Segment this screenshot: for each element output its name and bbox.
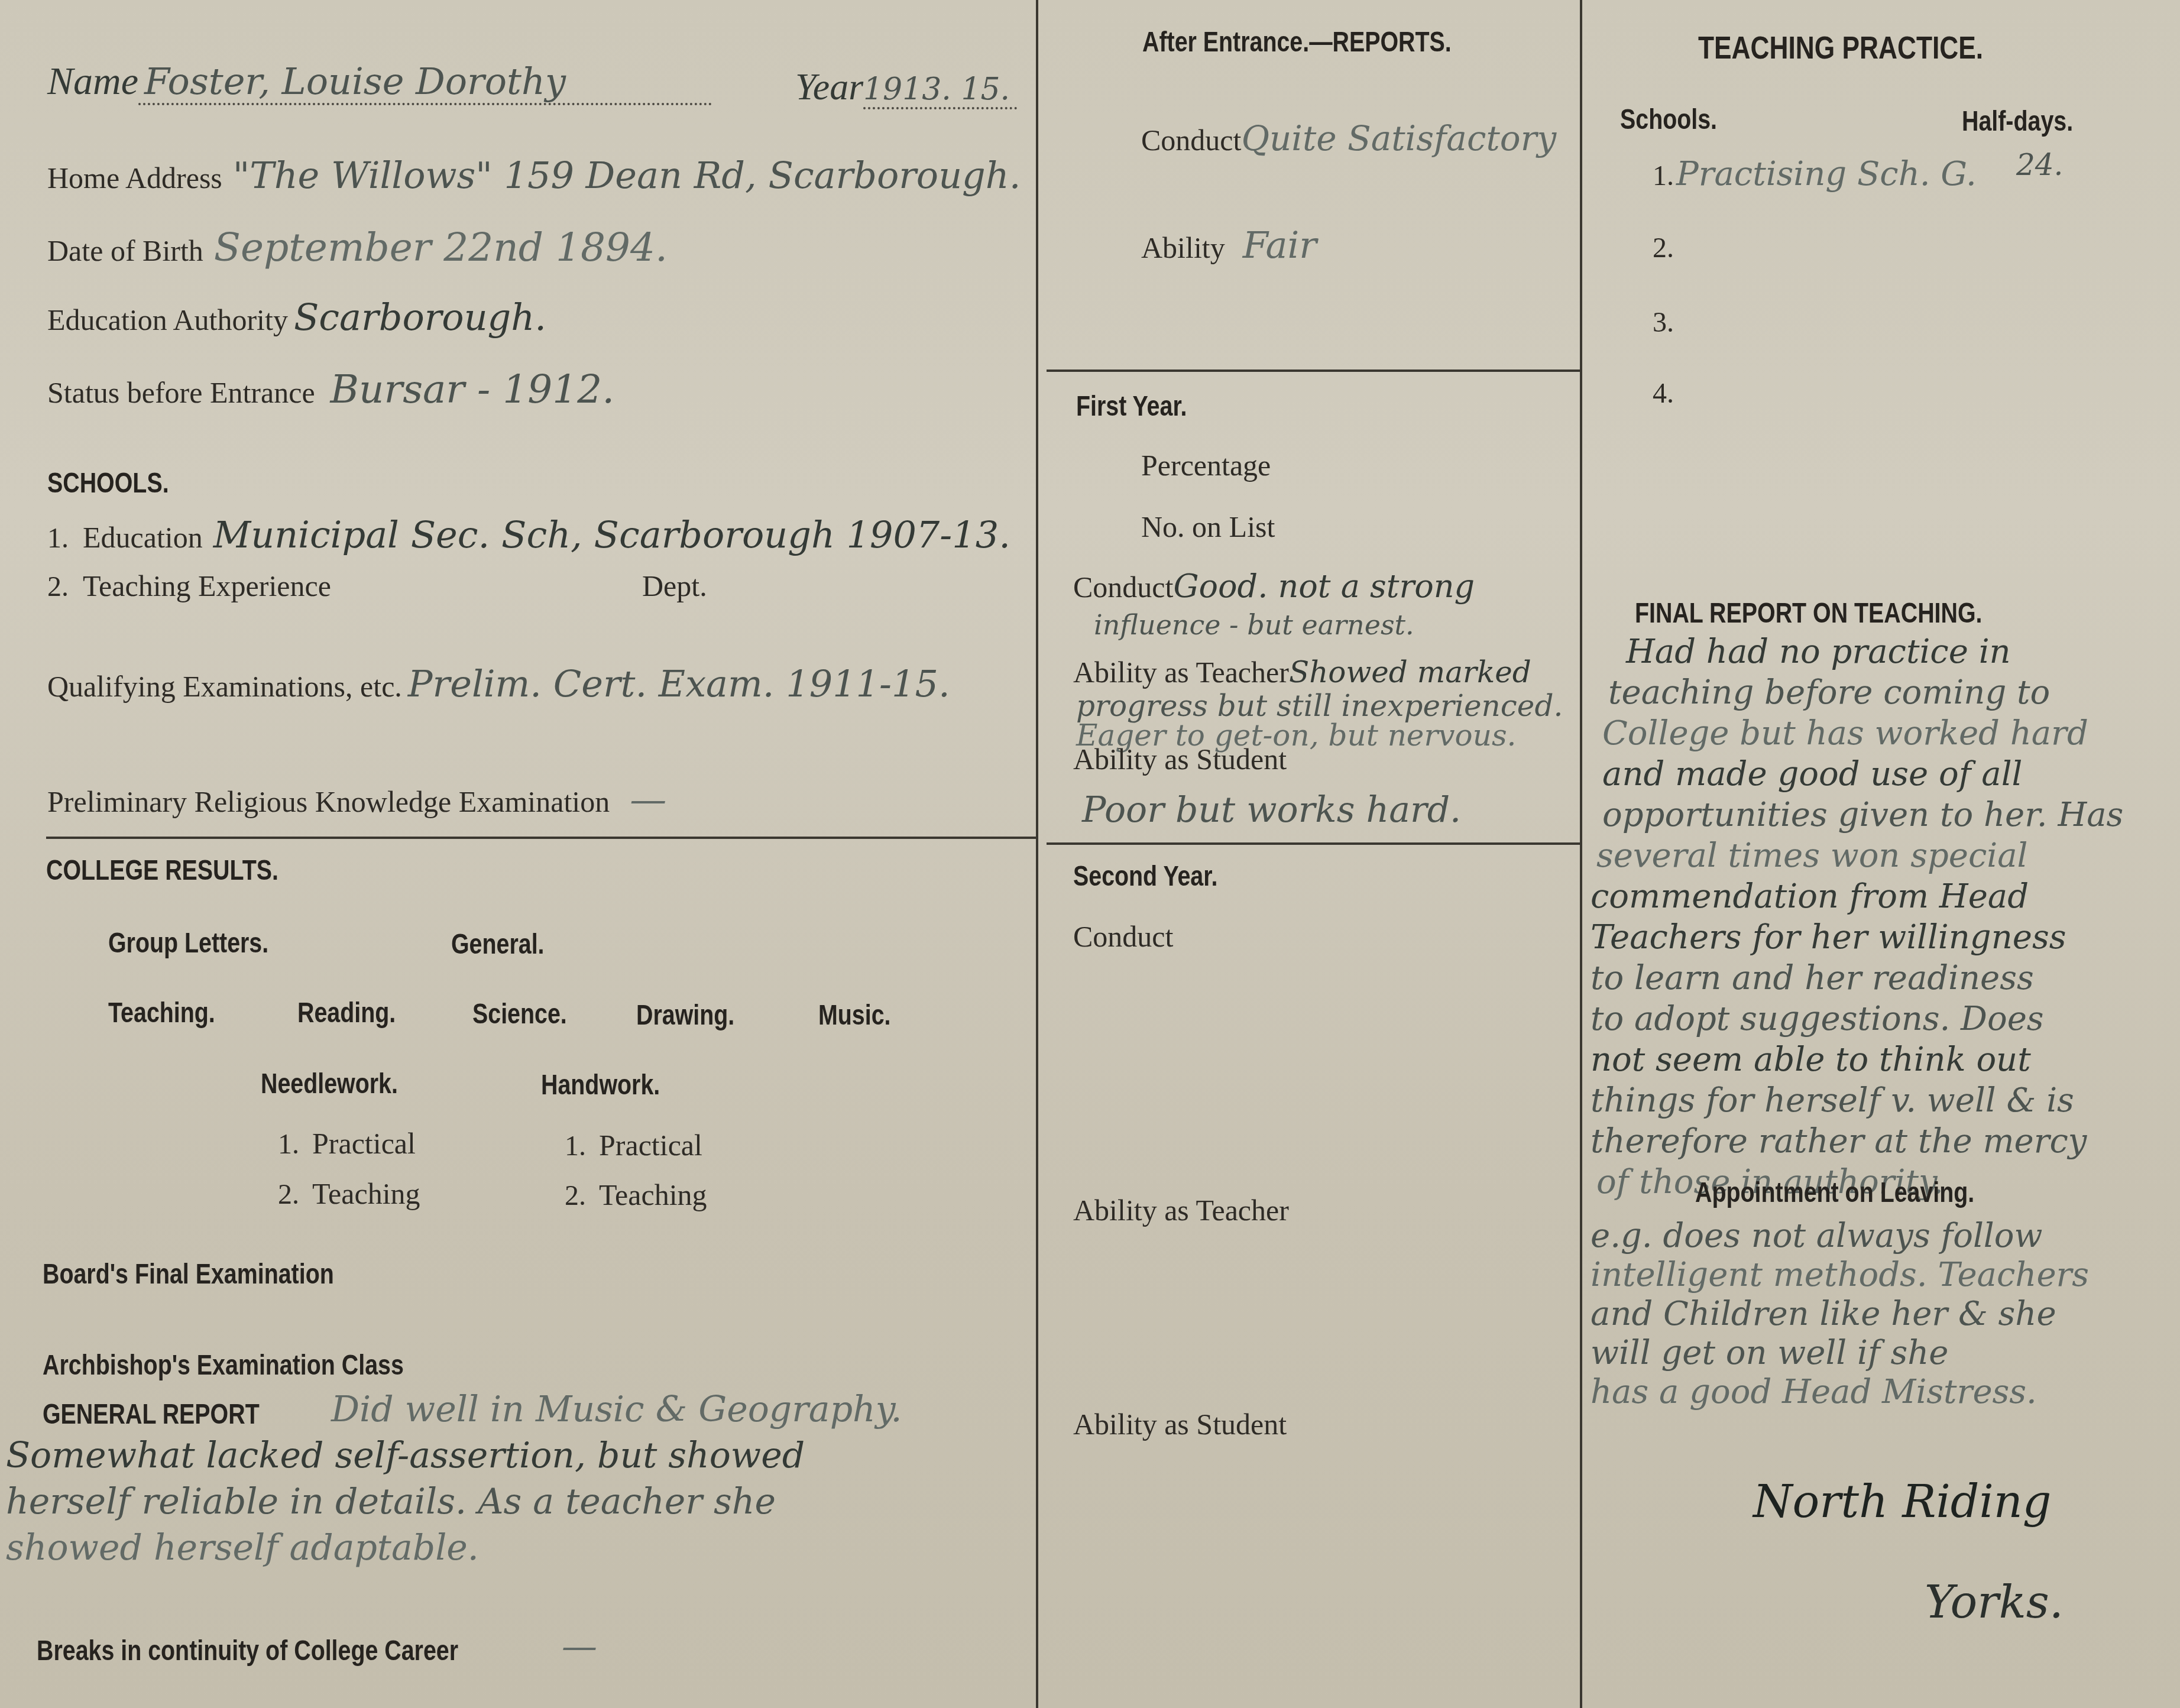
second-year-student-label: Ability as Student	[1073, 1407, 1287, 1441]
first-year-conduct-value-cont: influence - but earnest.	[1094, 609, 1414, 641]
name-field: NameFoster, Louise Dorothy	[47, 59, 712, 105]
qualifying-label: Qualifying Examinations, etc.	[47, 670, 402, 703]
entrance-ability-field: Ability Fair	[1141, 223, 1317, 267]
final-report-line: and Children like her & she	[1591, 1295, 2089, 1334]
teaching-practice-heading: TEACHING PRACTICE.	[1698, 30, 1983, 66]
breaks-field: Breaks in continuity of College Career	[37, 1635, 551, 1667]
final-report-line: teaching before coming to	[1585, 672, 2123, 713]
practice-row-num: 1.	[1653, 160, 1674, 192]
handwork-teaching-num: 2.	[565, 1180, 586, 1211]
final-report-line: to learn and her readiness	[1585, 958, 2123, 999]
entrance-conduct-label: Conduct	[1141, 124, 1241, 157]
authority-label: Education Authority	[47, 303, 288, 336]
reports-heading: After Entrance.—REPORTS.	[1142, 26, 1452, 59]
final-report-line: to adopt suggestions. Does	[1585, 999, 2123, 1039]
first-year-conduct-field: ConductGood. not a strong	[1073, 568, 1475, 605]
final-report-text: Had had no practice in teaching before c…	[1585, 631, 2123, 1203]
first-year-conduct-value: Good. not a strong	[1173, 568, 1475, 605]
practice-halfdays: 24.	[2016, 148, 2064, 182]
name-label: Name	[47, 60, 138, 103]
general-report-line: herself reliable in details. As a teache…	[6, 1479, 902, 1525]
needlework-label: Needlework.	[261, 1068, 398, 1100]
schools-column-header: Schools.	[1620, 103, 1717, 136]
needlework-teaching-num: 2.	[278, 1179, 299, 1210]
practice-row-1: 1. Practising Sch. G.	[1653, 155, 1977, 193]
no-on-list-label: No. on List	[1141, 510, 1275, 544]
year-field: Year1913. 15.	[795, 65, 1017, 109]
home-address-label: Home Address	[47, 161, 222, 195]
religious-label: Preliminary Religious Knowledge Examinat…	[47, 785, 610, 818]
authority-field: Education Authority Scarborough.	[47, 296, 546, 339]
religious-value: —	[630, 777, 666, 821]
second-year-heading: Second Year.	[1073, 860, 1217, 893]
needlework-practical-num: 1.	[278, 1129, 299, 1160]
final-report-line: therefore rather at the mercy	[1585, 1121, 2123, 1162]
teaching-exp-num: 2.	[47, 571, 69, 602]
column-divider-left	[1036, 0, 1038, 1708]
needlework-practical: 1. Practical	[278, 1126, 416, 1161]
final-report-line: College but has worked hard	[1585, 713, 2123, 754]
handwork-practical: 1. Practical	[565, 1128, 702, 1162]
student-record-card: NameFoster, Louise Dorothy Year1913. 15.…	[0, 0, 2180, 1708]
education-field: 1. Education Municipal Sec. Sch, Scarbor…	[47, 513, 1010, 556]
first-year-teacher-value: Showed marked	[1289, 655, 1531, 689]
year-label: Year	[795, 66, 863, 108]
handwork-label: Handwork.	[541, 1069, 660, 1101]
final-report-line: intelligent methods. Teachers	[1591, 1256, 2089, 1295]
entrance-ability-value: Fair	[1243, 223, 1317, 267]
first-year-teacher-field: Ability as TeacherShowed marked	[1073, 655, 1531, 689]
religious-field: Preliminary Religious Knowledge Examinat…	[47, 777, 666, 821]
general-report-text: Did well in Music & Geography. Somewhat …	[6, 1386, 902, 1571]
final-report-line: Had had no practice in	[1585, 631, 2123, 672]
education-num: 1.	[47, 523, 69, 554]
home-address-value: "The Willows" 159 Dean Rd, Scarborough.	[233, 154, 1021, 197]
column-divider-right	[1580, 0, 1582, 1708]
qualifying-value: Prelim. Cert. Exam. 1911-15.	[408, 662, 950, 705]
final-report-line: not seem able to think out	[1585, 1039, 2123, 1080]
status-label: Status before Entrance	[47, 376, 315, 409]
entrance-conduct-field: ConductQuite Satisfactory	[1141, 118, 1556, 158]
practice-row-2: 2.	[1653, 232, 1674, 264]
general-report-line: Somewhat lacked self-assertion, but show…	[6, 1432, 902, 1479]
appointment-heading: Appointment on Leaving.	[1695, 1177, 1974, 1209]
appointment-value-line1: North Riding	[1753, 1475, 2051, 1528]
subject-science: Science.	[472, 998, 567, 1030]
needlework-practical-label: Practical	[312, 1127, 416, 1160]
college-results-rule	[46, 837, 1036, 839]
dob-field: Date of Birth September 22nd 1894.	[47, 225, 668, 270]
status-value: Bursar - 1912.	[331, 367, 615, 412]
entrance-ability-label: Ability	[1141, 231, 1225, 264]
second-year-conduct-label: Conduct	[1073, 919, 1173, 954]
final-report-line: will get on well if she	[1591, 1334, 2089, 1373]
handwork-practical-num: 1.	[565, 1130, 586, 1162]
first-year-student-label: Ability as Student	[1073, 742, 1287, 776]
first-year-rule	[1047, 370, 1580, 372]
general-report-line: showed herself adaptable.	[6, 1525, 902, 1571]
general-report-line: Did well in Music & Geography.	[6, 1386, 902, 1432]
first-year-student-value: Poor but works hard.	[1082, 789, 1461, 831]
breaks-value: —	[562, 1626, 597, 1667]
dob-value: September 22nd 1894.	[214, 225, 668, 270]
final-report-line: commendation from Head	[1585, 876, 2123, 917]
second-year-teacher-label: Ability as Teacher	[1073, 1193, 1289, 1227]
dob-label: Date of Birth	[47, 234, 203, 267]
handwork-practical-label: Practical	[599, 1129, 702, 1162]
teaching-experience-label: Teaching Experience	[83, 569, 331, 602]
authority-value: Scarborough.	[294, 296, 546, 339]
name-value: Foster, Louise Dorothy	[138, 60, 712, 105]
subject-teaching: Teaching.	[108, 997, 215, 1029]
final-report-text-cont: e.g. does not always follow intelligent …	[1591, 1217, 2089, 1412]
education-value: Municipal Sec. Sch, Scarborough 1907-13.	[213, 513, 1010, 556]
subject-drawing: Drawing.	[636, 999, 734, 1032]
final-report-line: has a good Head Mistress.	[1591, 1373, 2089, 1412]
percentage-label: Percentage	[1141, 448, 1271, 482]
first-year-conduct-label: Conduct	[1073, 571, 1173, 604]
education-label: Education	[83, 521, 203, 554]
teaching-experience-field: 2. Teaching Experience	[47, 569, 331, 603]
final-report-heading: FINAL REPORT ON TEACHING.	[1635, 597, 1983, 630]
final-report-line: several times won special	[1585, 835, 2123, 876]
practice-school: Practising Sch. G.	[1676, 155, 1977, 193]
needlework-teaching: 2. Teaching	[278, 1177, 420, 1211]
appointment-value-line2: Yorks.	[1925, 1576, 2064, 1628]
first-year-teacher-label: Ability as Teacher	[1073, 656, 1289, 689]
handwork-teaching-label: Teaching	[599, 1178, 707, 1211]
group-letters-label: Group Letters.	[108, 927, 268, 960]
archbishop-label: Archbishop's Examination Class	[43, 1349, 404, 1382]
second-year-rule	[1047, 842, 1580, 845]
practice-row-4: 4.	[1653, 377, 1674, 410]
entrance-conduct-value: Quite Satisfactory	[1241, 118, 1556, 158]
general-label: General.	[451, 928, 545, 961]
status-field: Status before Entrance Bursar - 1912.	[47, 367, 614, 412]
qualifying-field: Qualifying Examinations, etc. Prelim. Ce…	[47, 662, 950, 705]
dept-label: Dept.	[642, 569, 707, 603]
year-value: 1913. 15.	[863, 72, 1017, 109]
needlework-teaching-label: Teaching	[312, 1177, 420, 1210]
subject-reading: Reading.	[297, 997, 396, 1029]
home-address-field: Home Address "The Willows" 159 Dean Rd, …	[47, 154, 1021, 197]
schools-heading: SCHOOLS.	[47, 467, 169, 500]
final-report-line: Teachers for her willingness	[1585, 917, 2123, 958]
boards-final-label: Board's Final Examination	[43, 1258, 334, 1291]
final-report-line: e.g. does not always follow	[1591, 1217, 2089, 1256]
practice-row-3: 3.	[1653, 306, 1674, 339]
final-report-line: opportunities given to her. Has	[1585, 795, 2123, 835]
final-report-line: things for herself v. well & is	[1585, 1080, 2123, 1121]
handwork-teaching: 2. Teaching	[565, 1178, 707, 1212]
breaks-label: Breaks in continuity of College Career	[37, 1635, 458, 1667]
final-report-line: and made good use of all	[1585, 754, 2123, 795]
college-results-heading: COLLEGE RESULTS.	[46, 854, 278, 887]
subject-music: Music.	[818, 999, 890, 1032]
first-year-heading: First Year.	[1076, 390, 1187, 423]
halfdays-column-header: Half-days.	[1962, 105, 2073, 138]
